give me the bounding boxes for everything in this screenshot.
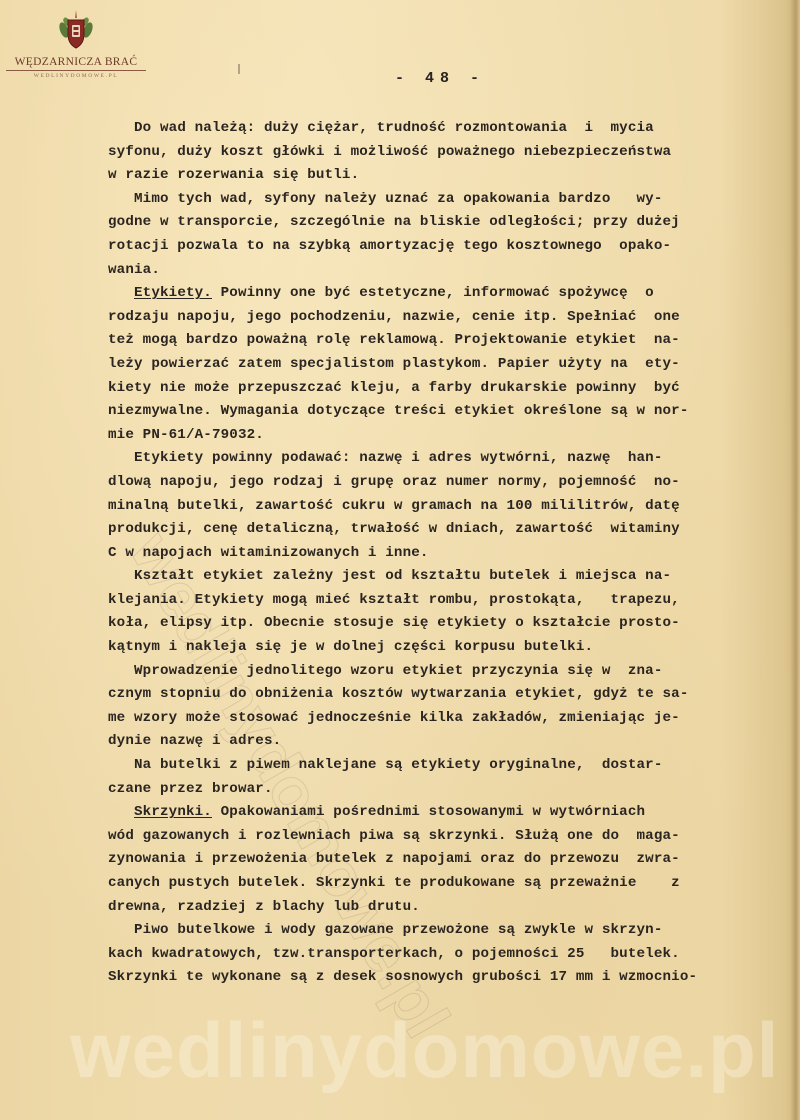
text-line: Na butelki z piwem naklejane są etykiety… <box>108 754 798 778</box>
line-text: syfonu, duży koszt główki i możliwość po… <box>108 144 671 160</box>
text-line: drewna, rzadziej z blachy lub drutu. <box>108 896 798 920</box>
text-line: me wzory może stosować jednocześnie kilk… <box>108 707 798 731</box>
line-text: Powinny one być estetyczne, informować s… <box>212 285 654 301</box>
text-line: Skrzynki. Opakowaniami pośrednimi stosow… <box>108 801 798 825</box>
line-text: czane przez browar. <box>108 781 273 797</box>
text-line: kiety nie może przepuszczać kleju, a far… <box>108 377 798 401</box>
text-line: canych pustych butelek. Skrzynki te prod… <box>108 872 798 896</box>
line-text: me wzory może stosować jednocześnie kilk… <box>108 710 680 726</box>
line-text: C w napojach witaminizowanych i inne. <box>108 545 429 561</box>
text-line: koła, elipsy itp. Obecnie stosuje się et… <box>108 612 798 636</box>
text-line: leży powierzać zatem specjalistom plasty… <box>108 353 798 377</box>
line-text: kątnym i nakleja się je w dolnej części … <box>108 639 593 655</box>
text-line: rotacji pozwala to na szybką amortyzację… <box>108 235 798 259</box>
line-text: Na butelki z piwem naklejane są etykiety… <box>134 757 663 773</box>
line-text: canych pustych butelek. Skrzynki te prod… <box>108 875 680 891</box>
line-text: wania. <box>108 262 160 278</box>
line-text: Mimo tych wad, syfony należy uznać za op… <box>134 191 663 207</box>
line-text: wód gazowanych i rozlewniach piwa są skr… <box>108 828 680 844</box>
text-line: niezmywalne. Wymagania dotyczące treści … <box>108 400 798 424</box>
text-line: dlową napoju, jego rodzaj i grupę oraz n… <box>108 471 798 495</box>
line-text: godne w transporcie, szczególnie na blis… <box>108 214 680 230</box>
line-text: leży powierzać zatem specjalistom plasty… <box>108 356 680 372</box>
text-line: też mogą bardzo poważną rolę reklamową. … <box>108 329 798 353</box>
line-text: Skrzynki te wykonane są z desek sosnowyc… <box>108 969 697 985</box>
text-line: C w napojach witaminizowanych i inne. <box>108 542 798 566</box>
line-text: niezmywalne. Wymagania dotyczące treści … <box>108 403 688 419</box>
text-line: Etykiety. Powinny one być estetyczne, in… <box>108 282 798 306</box>
text-line: Skrzynki te wykonane są z desek sosnowyc… <box>108 966 798 990</box>
text-line: mie PN-61/A-79032. <box>108 424 798 448</box>
page-edge-shadow <box>790 0 800 1120</box>
text-line: kach kwadratowych, tzw.transporterkach, … <box>108 943 798 967</box>
text-line: wód gazowanych i rozlewniach piwa są skr… <box>108 825 798 849</box>
line-text: koła, elipsy itp. Obecnie stosuje się et… <box>108 615 680 631</box>
text-line: Etykiety powinny podawać: nazwę i adres … <box>108 447 798 471</box>
line-text: w razie rozerwania się butli. <box>108 167 359 183</box>
text-line: syfonu, duży koszt główki i możliwość po… <box>108 141 798 165</box>
line-text: mie PN-61/A-79032. <box>108 427 264 443</box>
text-line: Kształt etykiet zależny jest od kształtu… <box>108 565 798 589</box>
line-text: też mogą bardzo poważną rolę reklamową. … <box>108 332 680 348</box>
line-text: minalną butelki, zawartość cukru w grama… <box>108 498 680 514</box>
line-text: klejania. Etykiety mogą mieć kształt rom… <box>108 592 680 608</box>
text-line: dynie nazwę i adres. <box>108 730 798 754</box>
line-text: dlową napoju, jego rodzaj i grupę oraz n… <box>108 474 680 490</box>
text-line: Do wad należą: duży ciężar, trudność roz… <box>108 117 798 141</box>
line-text: kach kwadratowych, tzw.transporterkach, … <box>108 946 680 962</box>
line-text: zynowania i przewożenia butelek z napoja… <box>108 851 680 867</box>
line-text: Kształt etykiet zależny jest od kształtu… <box>134 568 671 584</box>
section-heading: Skrzynki. <box>134 804 212 820</box>
line-text: dynie nazwę i adres. <box>108 733 281 749</box>
line-text: Opakowaniami pośrednimi stosowanymi w wy… <box>212 804 645 820</box>
text-line: produkcji, cenę detaliczną, trwałość w d… <box>108 518 798 542</box>
text-line: klejania. Etykiety mogą mieć kształt rom… <box>108 589 798 613</box>
line-text: cznym stopniu do obniżenia kosztów wytwa… <box>108 686 688 702</box>
text-line: rodzaju napoju, jego pochodzeniu, nazwie… <box>108 306 798 330</box>
text-line: czane przez browar. <box>108 778 798 802</box>
document-body: Do wad należą: duży ciężar, trudność roz… <box>108 117 798 990</box>
text-line: Wprowadzenie jednolitego wzoru etykiet p… <box>108 660 798 684</box>
text-line: Piwo butelkowe i wody gazowane przewożon… <box>108 919 798 943</box>
text-line: wania. <box>108 259 798 283</box>
bottom-watermark: wedlinydomowe.pl <box>70 1005 490 1096</box>
text-line: kątnym i nakleja się je w dolnej części … <box>108 636 798 660</box>
line-text: Etykiety powinny podawać: nazwę i adres … <box>134 450 663 466</box>
line-text: drewna, rzadziej z blachy lub drutu. <box>108 899 420 915</box>
line-text: kiety nie może przepuszczać kleju, a far… <box>108 380 680 396</box>
line-text: Wprowadzenie jednolitego wzoru etykiet p… <box>134 663 663 679</box>
text-line: minalną butelki, zawartość cukru w grama… <box>108 495 798 519</box>
page-number: - 48 - <box>0 70 800 87</box>
logo-title: WĘDZARNICZA BRAĆ <box>6 56 146 68</box>
line-text: Piwo butelkowe i wody gazowane przewożon… <box>134 922 663 938</box>
coat-of-arms-icon <box>54 8 98 52</box>
line-text: rodzaju napoju, jego pochodzeniu, nazwie… <box>108 309 680 325</box>
line-text: rotacji pozwala to na szybką amortyzację… <box>108 238 671 254</box>
text-line: zynowania i przewożenia butelek z napoja… <box>108 848 798 872</box>
line-text: Do wad należą: duży ciężar, trudność roz… <box>134 120 654 136</box>
text-line: godne w transporcie, szczególnie na blis… <box>108 211 798 235</box>
text-line: cznym stopniu do obniżenia kosztów wytwa… <box>108 683 798 707</box>
line-text: produkcji, cenę detaliczną, trwałość w d… <box>108 521 680 537</box>
text-line: w razie rozerwania się butli. <box>108 164 798 188</box>
text-line: Mimo tych wad, syfony należy uznać za op… <box>108 188 798 212</box>
section-heading: Etykiety. <box>134 285 212 301</box>
